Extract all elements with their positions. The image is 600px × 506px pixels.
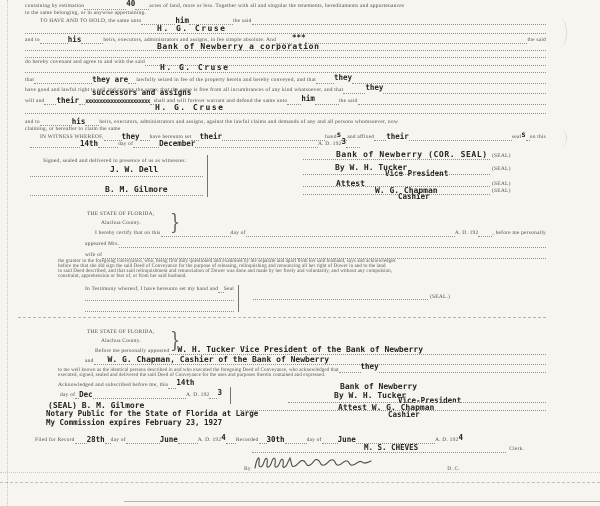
seal-label: (SEAL.)	[430, 294, 450, 301]
officer-signature: By W. H. Tucker	[334, 391, 406, 400]
grantee-name: H. G. Cruse	[155, 104, 224, 112]
typed-entry: successors and assigns	[92, 89, 191, 97]
leader-line	[478, 233, 492, 237]
form-text: day of	[231, 230, 246, 237]
form-text: THE STATE OF FLORIDA,	[87, 329, 154, 336]
cashier-entry: Cashier	[388, 411, 420, 419]
commission-expiry: My Commission expires February 23, 1927	[46, 419, 222, 427]
form-text: A. D. 192	[455, 230, 479, 237]
form-text: appeared Mrs.	[85, 241, 119, 248]
state-heading: THE STATE OF FLORIDA,	[87, 211, 154, 218]
typed-entry: W. G. Chapman, Cashier of the Bank of Ne…	[108, 355, 330, 364]
covenant-line: do hereby covenant and agree to and with…	[25, 59, 546, 66]
form-text: heirs, executors, administrators and ass…	[99, 119, 398, 126]
witness-signature: J. W. Dell	[110, 165, 158, 174]
deed-record-page: containing by estimation 40 acres of lan…	[0, 0, 600, 506]
leader-line	[287, 101, 301, 105]
dotted-rule	[303, 174, 490, 175]
form-text: Recorded	[236, 437, 259, 444]
form-text: , before me personally	[492, 230, 546, 237]
leader-line	[306, 40, 528, 44]
recorded-month-entry: June	[338, 436, 356, 444]
seal-text: (SEAL)	[492, 181, 511, 188]
form-text: claiming, or hereafter to claim the same	[25, 126, 121, 133]
form-text: Seal	[224, 286, 234, 293]
form-text: the said	[339, 98, 358, 105]
typed-entry: they	[334, 74, 352, 82]
testimony-line: In Testimony whereof, I have hereunto se…	[85, 286, 234, 293]
bracket-line	[207, 155, 208, 197]
dotted-rule	[85, 311, 234, 312]
leader-line	[30, 144, 80, 148]
filed-month-entry: June	[160, 436, 178, 444]
leader-line	[374, 137, 386, 141]
cashier-entry: Cashier	[398, 193, 430, 201]
dotted-rule	[303, 194, 490, 195]
well-known-line: to me well known as the identical person…	[58, 365, 546, 373]
seal-label: (SEAL)	[492, 188, 511, 195]
seized-line: that they are lawfully seized in fee of …	[25, 76, 546, 84]
scan-artifact	[558, 130, 567, 146]
dower-paragraph: constraint, apprehension or fear of, or …	[58, 274, 187, 280]
typed-entry: they	[365, 84, 383, 92]
leader-line	[40, 40, 68, 44]
execution-date-line: 14th day of December A. D. 192 3	[30, 140, 360, 148]
typed-entry: W. H. Tucker Vice President of the Bank …	[177, 345, 423, 354]
form-text: A. D. 192	[435, 437, 459, 444]
notary-date-line: day of Dec A. D. 192 3	[60, 391, 222, 399]
year-entry: 3	[341, 138, 346, 146]
seal-label: (SEAL)	[492, 153, 511, 160]
form-text: containing by estimation	[25, 3, 84, 10]
entry-line: W. G. Chapman, Cashier of the Bank of Ne…	[94, 355, 546, 365]
leader-line	[209, 395, 217, 399]
dotted-rule	[25, 33, 546, 34]
form-text: day of	[118, 141, 133, 148]
corporate-signature: Bank of Newberry (COR. SEAL)	[336, 150, 488, 159]
appertaining-line: to the same belonging, or in anywise app…	[25, 10, 146, 17]
dotted-rule	[30, 195, 203, 196]
form-text: Alachua County.	[101, 338, 141, 345]
officer-title: Cashier	[388, 411, 420, 419]
form-text: and to	[25, 119, 40, 126]
dotted-rule	[25, 50, 546, 51]
warrant-line: will and their xxxxxxxxxxxxxxxxxxxxxxx s…	[25, 97, 546, 105]
form-text: Alachua County.	[101, 220, 141, 227]
commission-entry: My Commission expires February 23, 1927	[46, 419, 222, 427]
form-text: and to	[25, 37, 40, 44]
witness2-entry: B. M. Gilmore	[105, 185, 168, 194]
form-text: Filed for Record	[35, 437, 75, 444]
leader-line	[339, 369, 361, 373]
leader-line	[409, 137, 512, 141]
tucker-signature-entry: By W. H. Tucker	[334, 391, 406, 400]
form-text: on this	[530, 134, 546, 141]
form-text: day of	[60, 392, 75, 399]
form-text: the said	[233, 18, 252, 25]
leader-line	[126, 440, 160, 444]
leader-line	[252, 21, 546, 25]
certify-line: I hereby certify that on this day of A. …	[95, 230, 546, 237]
county-heading: Alachua County.	[101, 220, 141, 227]
bracket-line	[238, 285, 239, 312]
habendum-line: TO HAVE AND TO HOLD, the same unto him t…	[40, 17, 546, 25]
deputy-line: By D. C.	[244, 452, 460, 473]
corp-seal-entry: Bank of Newberry (COR. SEAL)	[336, 150, 488, 159]
grantee-name-entry: H. G. Cruse	[155, 104, 224, 112]
seal-label: (SEAL)	[492, 181, 511, 188]
leader-line	[119, 244, 546, 248]
typed-entry: his	[68, 36, 82, 44]
leader-line	[168, 385, 176, 389]
leader-line	[161, 233, 231, 237]
asterisks-entry: ***	[292, 34, 306, 42]
seal-text: (SEAL.)	[430, 294, 450, 301]
appeared-officer2-line: and W. G. Chapman, Cashier of the Bank o…	[85, 355, 546, 365]
form-text: A. D. 192	[318, 141, 342, 148]
claiming-line: claiming, or hereafter to claim the same	[25, 126, 121, 133]
day-entry: 14th	[176, 379, 194, 387]
bracket-line	[230, 387, 231, 404]
typed-entry: their	[56, 97, 79, 105]
entry-line: W. H. Tucker Vice President of the Bank …	[169, 345, 546, 355]
year-entry: 3	[217, 389, 222, 397]
grantee-name: H. G. Cruse	[160, 64, 229, 72]
form-text: seal	[512, 134, 521, 141]
form-text: the said	[527, 37, 546, 44]
leader-line	[246, 233, 455, 237]
form-text: THE STATE OF FLORIDA,	[87, 211, 154, 218]
form-text: Signed, sealed and delivered in presence…	[43, 158, 186, 165]
leader-line	[128, 80, 136, 84]
leader-line	[346, 144, 360, 148]
corp-name-entry: Bank of Newberry	[340, 382, 417, 391]
entry-line	[251, 452, 444, 473]
typed-entry: him	[301, 95, 315, 103]
seal-text: (SEAL)	[492, 188, 511, 195]
leader-line	[81, 40, 103, 44]
acreage-entry: 40	[126, 0, 135, 8]
form-text: day of	[307, 437, 322, 444]
page-fold-line	[7, 0, 8, 506]
form-text: wife of	[85, 252, 102, 259]
leader-line	[383, 90, 546, 94]
seal-text: (SEAL)	[492, 166, 511, 173]
leader-line	[75, 440, 87, 444]
form-text: A. D. 192	[198, 437, 222, 444]
notary-title: Notary Public for the State of Florida a…	[46, 410, 258, 418]
form-text: I hereby certify that on this	[95, 230, 161, 237]
scan-edge-line	[124, 501, 600, 502]
form-text: will and	[25, 98, 44, 105]
scan-edge-line	[0, 482, 600, 483]
form-text: TO HAVE AND TO HOLD, the same unto	[40, 18, 141, 25]
leader-line	[226, 440, 236, 444]
grantee-name-entry: H. G. Cruse	[160, 64, 229, 72]
typed-entry: they	[361, 363, 379, 371]
leader-line	[178, 440, 198, 444]
month-entry: Dec	[79, 391, 93, 399]
section-separator	[18, 317, 546, 318]
form-text: Before me personally appeared	[95, 348, 169, 355]
clerk-label: Clerk.	[506, 446, 524, 453]
leader-line	[133, 144, 159, 148]
leader-line	[44, 101, 56, 105]
form-text: to the same belonging, or in anywise app…	[25, 10, 146, 17]
scan-edge-line	[0, 472, 600, 473]
typed-entry: their	[386, 133, 409, 141]
acknowledged-line: Acknowledged and subscribed before me, t…	[58, 381, 218, 389]
leader-line	[379, 369, 546, 373]
dotted-rule	[253, 299, 428, 300]
successors-overtype: successors and assigns	[92, 89, 191, 97]
leader-line	[34, 80, 92, 84]
acreage-line: containing by estimation 40 acres of lan…	[25, 2, 546, 10]
claims-line: and to his heirs, executors, administrat…	[25, 118, 546, 126]
leader-line	[315, 101, 339, 105]
leader-line	[195, 144, 318, 148]
form-text: that	[25, 77, 34, 84]
filed-year-entry: 4	[221, 434, 226, 442]
grantee-name-entry: H. G. Cruse	[157, 25, 226, 33]
officer-title: Cashier	[398, 193, 430, 201]
clerk-name: M. S. CHEVES	[364, 444, 418, 452]
notary-title-entry: Notary Public for the State of Florida a…	[46, 410, 258, 418]
typed-entry: they are	[92, 76, 128, 84]
form-text: Acknowledged and subscribed before me, t…	[58, 382, 168, 389]
appeared-officer1-line: Before me personally appeared W. H. Tuck…	[95, 345, 546, 355]
dotted-rule	[25, 72, 546, 73]
seal-label: (SEAL)	[492, 166, 511, 173]
grantee-name: H. G. Cruse	[157, 25, 226, 33]
month-entry: December	[159, 140, 195, 148]
seal-text: (SEAL)	[492, 153, 511, 160]
dotted-rule	[30, 176, 203, 177]
leader-line	[316, 80, 334, 84]
leader-line	[93, 395, 186, 399]
leader-line	[98, 144, 118, 148]
form-text: In Testimony whereof, I have hereunto se…	[85, 286, 218, 293]
dotted-rule	[25, 57, 546, 58]
dotted-rule	[303, 159, 490, 160]
state-heading: THE STATE OF FLORIDA,	[87, 329, 154, 336]
typed-entry: his	[72, 118, 86, 126]
witness1-entry: J. W. Dell	[110, 165, 158, 174]
dotted-rule	[85, 300, 234, 301]
county-heading: Alachua County.	[101, 338, 141, 345]
dotted-rule	[25, 113, 546, 114]
form-text: day of	[111, 437, 126, 444]
form-text: and	[85, 358, 94, 365]
form-text: acres of land, more or less. Together wi…	[149, 3, 404, 10]
form-text: A. D. 192	[186, 392, 210, 399]
leader-line	[358, 101, 547, 105]
recorded-day-entry: 30th	[267, 436, 285, 444]
corporate-signature: Bank of Newberry	[340, 382, 417, 391]
form-text: do hereby covenant and agree to and with…	[25, 59, 145, 66]
form-text: constraint, apprehension or fear of, or …	[58, 274, 187, 280]
day-entry: 14th	[80, 140, 98, 148]
struck-out-text: xxxxxxxxxxxxxxxxxxxxxxx	[85, 98, 150, 105]
witness-signature: B. M. Gilmore	[105, 185, 168, 194]
wife-of-line: wife of	[85, 252, 546, 259]
leader-line	[343, 90, 365, 94]
witness-heading: Signed, sealed and delivered in presence…	[43, 158, 186, 165]
typed-entry: s	[521, 131, 526, 139]
recorded-year-entry: 4	[458, 434, 463, 442]
deputy-clerk-signature	[251, 452, 376, 472]
filed-day-entry: 28th	[87, 436, 105, 444]
appeared-line: appeared Mrs.	[85, 241, 546, 248]
scan-artifact	[552, 18, 567, 48]
form-text: lawfully seized in fee of the property h…	[136, 77, 316, 84]
